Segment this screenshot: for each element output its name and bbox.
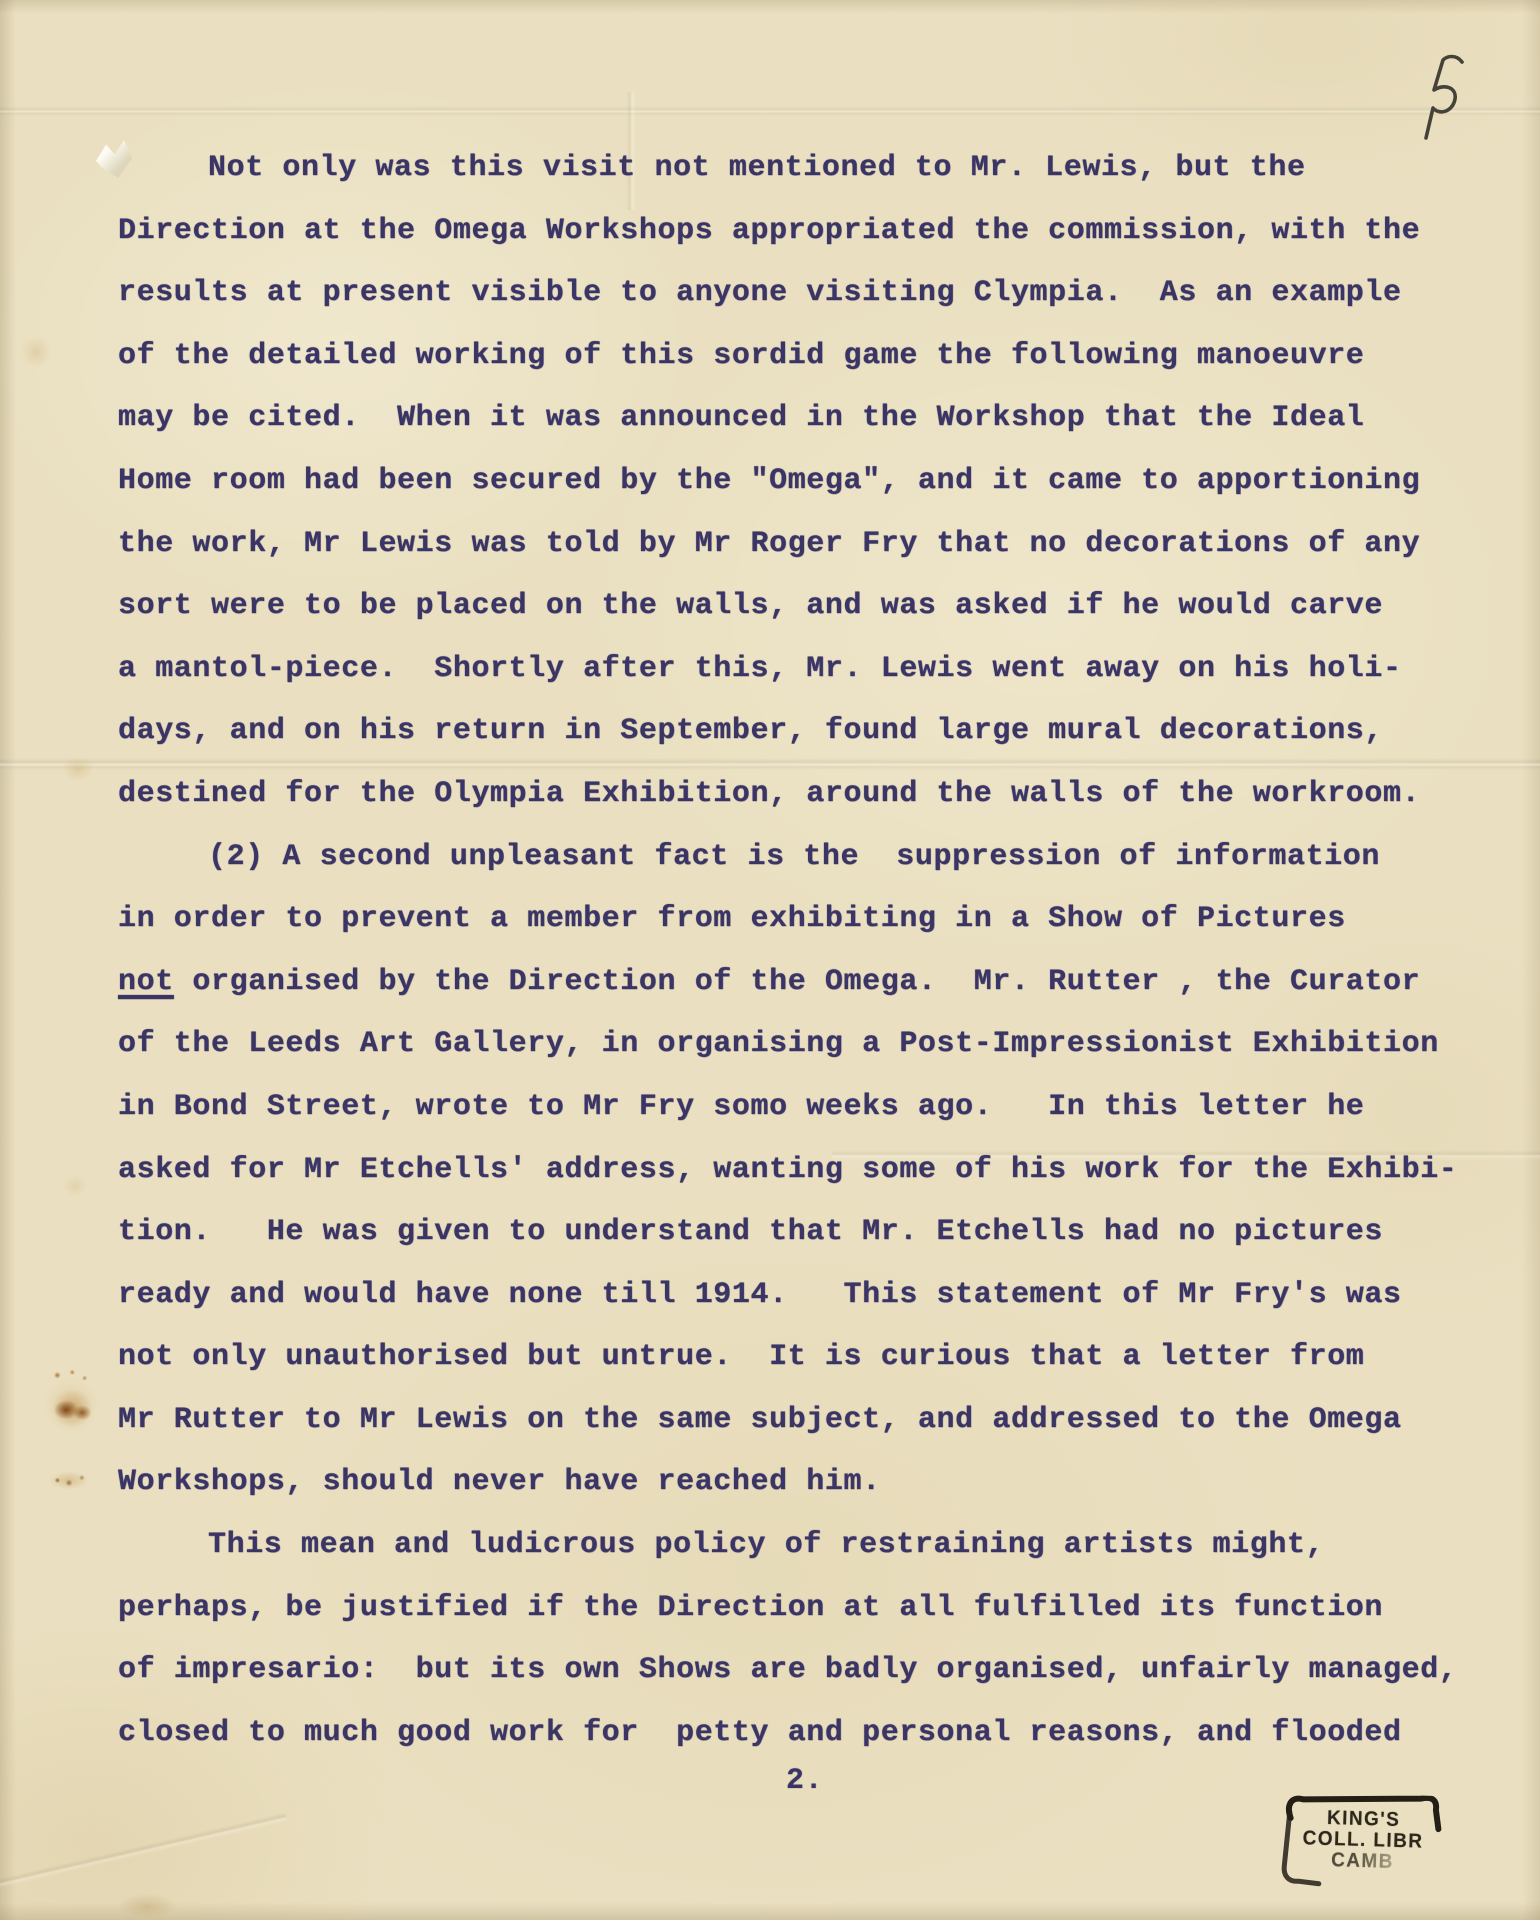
page-number: 2. [786, 1750, 823, 1812]
paper-stain [56, 752, 100, 786]
text-segment: sort were to be placed on the walls, and… [118, 589, 1383, 623]
text-segment: of impresario: but its own Shows are bad… [118, 1653, 1457, 1687]
paper-crease [0, 1812, 287, 1894]
text-line: a mantol-piece. Shortly after this, Mr. … [118, 638, 1500, 701]
stamp-line: CAMB [1285, 1849, 1439, 1874]
text-line: (2) A second unpleasant fact is the supp… [118, 826, 1500, 889]
text-line: of the detailed working of this sordid g… [118, 325, 1500, 388]
text-segment: tion. He was given to understand that Mr… [118, 1215, 1383, 1249]
paper-stain [112, 1888, 182, 1918]
ink-stain [46, 1466, 92, 1492]
stamp-text: KING'S COLL. LIBR CAMB [1285, 1807, 1441, 1874]
text-segment: ready and would have none till 1914. Thi… [118, 1278, 1402, 1312]
text-segment: Home room had been secured by the "Omega… [118, 464, 1420, 498]
text-line: Home room had been secured by the "Omega… [118, 450, 1500, 513]
paper-stain [16, 330, 56, 374]
text-line: ready and would have none till 1914. Thi… [118, 1264, 1500, 1327]
text-line: Direction at the Omega Workshops appropr… [118, 200, 1500, 263]
text-segment: of the Leeds Art Gallery, in organising … [118, 1027, 1439, 1061]
text-segment: may be cited. When it was announced in t… [118, 401, 1364, 435]
text-segment: This mean and ludicrous policy of restra… [208, 1528, 1324, 1562]
text-segment: the work, Mr Lewis was told by Mr Roger … [118, 527, 1420, 561]
text-line: days, and on his return in September, fo… [118, 700, 1500, 763]
text-line: Workshops, should never have reached him… [118, 1451, 1500, 1514]
scanned-letter-page: 5 Not only was this visit not mentioned … [0, 0, 1540, 1920]
text-line: of impresario: but its own Shows are bad… [118, 1639, 1500, 1702]
paper-stain [58, 1172, 92, 1200]
text-segment: Direction at the Omega Workshops appropr… [118, 214, 1420, 248]
text-segment: perhaps, be justified if the Direction a… [118, 1591, 1383, 1625]
text-segment: Not only was this visit not mentioned to… [208, 151, 1306, 185]
text-line: Mr Rutter to Mr Lewis on the same subjec… [118, 1389, 1500, 1452]
text-line: in Bond Street, wrote to Mr Fry somo wee… [118, 1076, 1500, 1139]
text-segment: (2) A second unpleasant fact is the supp… [208, 840, 1380, 874]
text-segment: asked for Mr Etchells' address, wanting … [118, 1153, 1457, 1187]
text-line: results at present visible to anyone vis… [118, 262, 1500, 325]
text-line: of the Leeds Art Gallery, in organising … [118, 1013, 1500, 1076]
library-stamp: KING'S COLL. LIBR CAMB [1281, 1792, 1446, 1892]
text-segment: closed to much good work for petty and p… [118, 1716, 1402, 1750]
text-line: tion. He was given to understand that Mr… [118, 1201, 1500, 1264]
text-segment: of the detailed working of this sordid g… [118, 339, 1364, 373]
ink-stain [40, 1368, 102, 1440]
text-line: Not only was this visit not mentioned to… [118, 137, 1500, 200]
underlined-word: not [118, 965, 174, 999]
text-segment: destined for the Olympia Exhibition, aro… [118, 777, 1420, 811]
text-line: destined for the Olympia Exhibition, aro… [118, 763, 1500, 826]
text-segment: in Bond Street, wrote to Mr Fry somo wee… [118, 1090, 1364, 1124]
handwritten-page-number: 5 [1412, 48, 1478, 146]
text-line: asked for Mr Etchells' address, wanting … [118, 1139, 1500, 1202]
text-segment: Workshops, should never have reached him… [118, 1465, 881, 1499]
text-segment: in order to prevent a member from exhibi… [118, 902, 1346, 936]
handwritten-5-stroke [1426, 57, 1462, 139]
text-segment: days, and on his return in September, fo… [118, 714, 1383, 748]
text-line: may be cited. When it was announced in t… [118, 387, 1500, 450]
document-body: Not only was this visit not mentioned to… [118, 137, 1500, 1764]
paper-crease [0, 106, 1540, 116]
text-line: the work, Mr Lewis was told by Mr Roger … [118, 513, 1500, 576]
text-segment: not only unauthorised but untrue. It is … [118, 1340, 1364, 1374]
text-segment: organised by the Direction of the Omega.… [174, 965, 1420, 999]
text-segment: Mr Rutter to Mr Lewis on the same subjec… [118, 1403, 1402, 1437]
text-segment: a mantol-piece. Shortly after this, Mr. … [118, 652, 1402, 686]
text-line: not organised by the Direction of the Om… [118, 951, 1500, 1014]
text-line: not only unauthorised but untrue. It is … [118, 1326, 1500, 1389]
text-line: perhaps, be justified if the Direction a… [118, 1577, 1500, 1640]
text-segment: results at present visible to anyone vis… [118, 276, 1402, 310]
text-line: This mean and ludicrous policy of restra… [118, 1514, 1500, 1577]
text-line: in order to prevent a member from exhibi… [118, 888, 1500, 951]
text-line: sort were to be placed on the walls, and… [118, 575, 1500, 638]
